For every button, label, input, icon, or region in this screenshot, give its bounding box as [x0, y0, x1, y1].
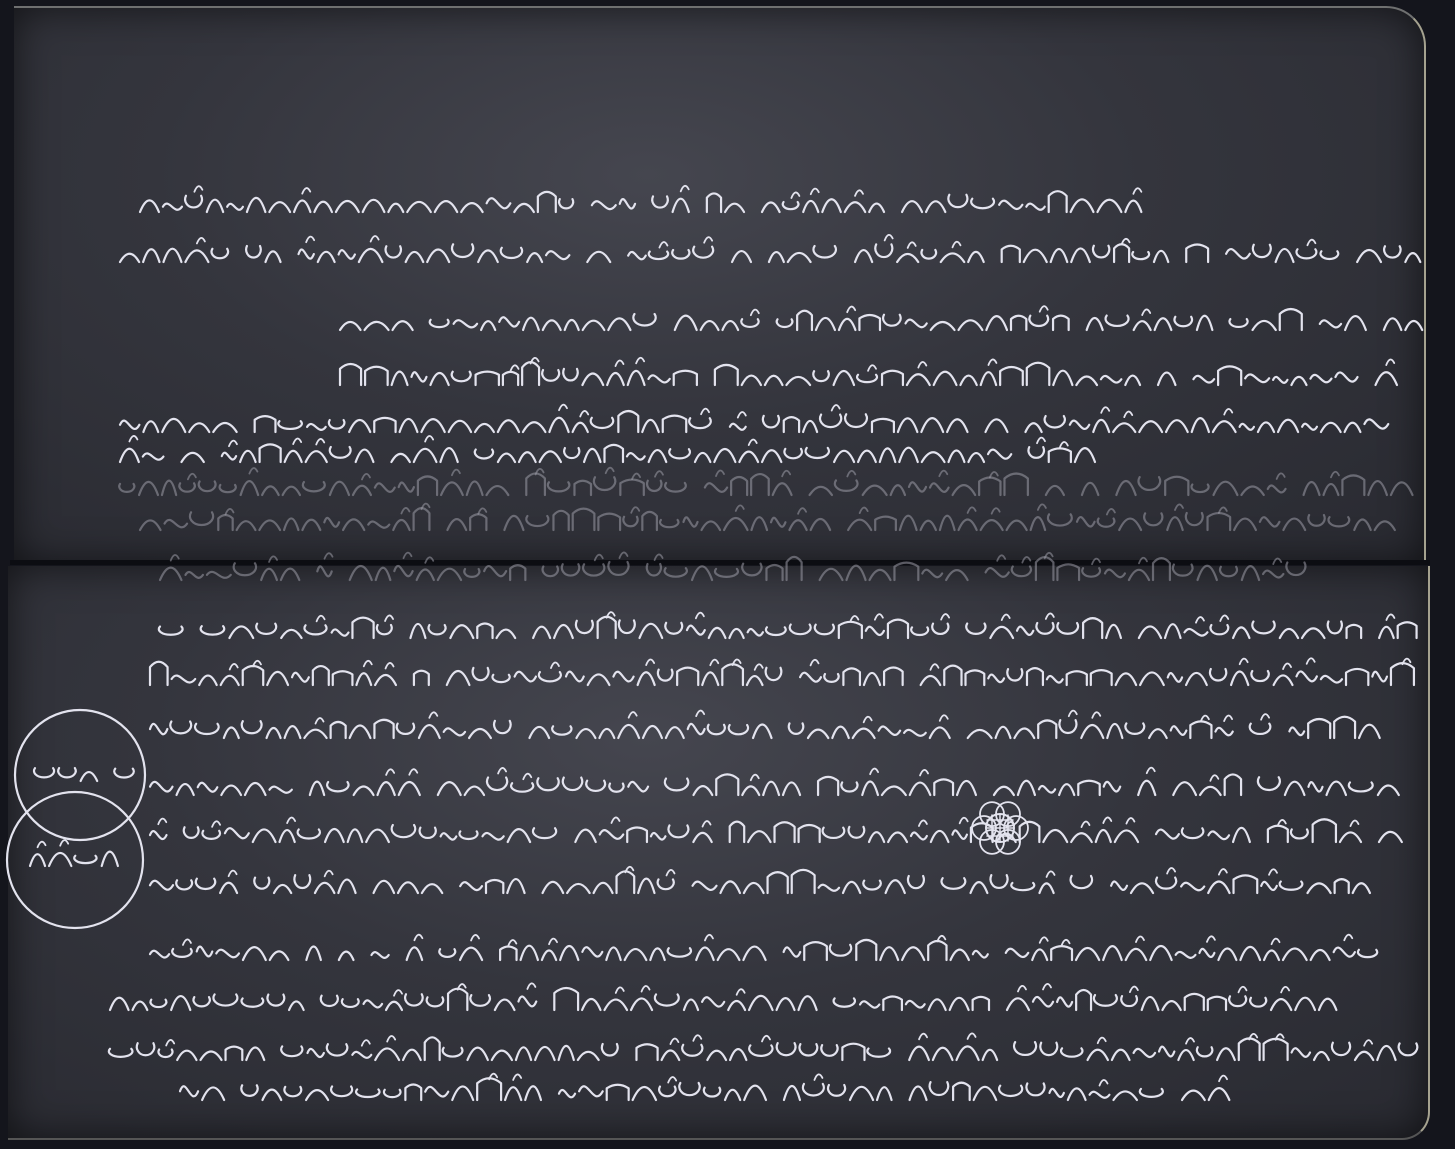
handwritten-line	[120, 405, 1388, 432]
handwritten-line	[120, 436, 1095, 462]
handwritten-line	[120, 235, 1420, 262]
handwritten-line	[159, 612, 1417, 638]
handwritten-line	[150, 817, 1402, 842]
handwritten-line	[340, 358, 1397, 385]
marginal-circle	[15, 710, 145, 840]
handwritten-line	[109, 1033, 1417, 1060]
handwritten-line	[140, 186, 1141, 212]
handwritten-line	[150, 935, 1377, 960]
handwritten-line	[340, 306, 1422, 330]
handwriting-layer	[0, 0, 1455, 1149]
handwritten-line	[150, 658, 1414, 685]
handwritten-line	[140, 504, 1395, 530]
handwritten-line	[119, 468, 1412, 495]
handwritten-line	[160, 552, 1305, 580]
handwritten-line	[34, 768, 134, 781]
handwritten-line	[150, 711, 1380, 738]
handwritten-line	[150, 867, 1370, 893]
handwritten-line	[110, 983, 1336, 1010]
handwritten-line	[30, 840, 118, 866]
handwritten-line	[150, 768, 1399, 795]
handwritten-line	[180, 1074, 1229, 1100]
